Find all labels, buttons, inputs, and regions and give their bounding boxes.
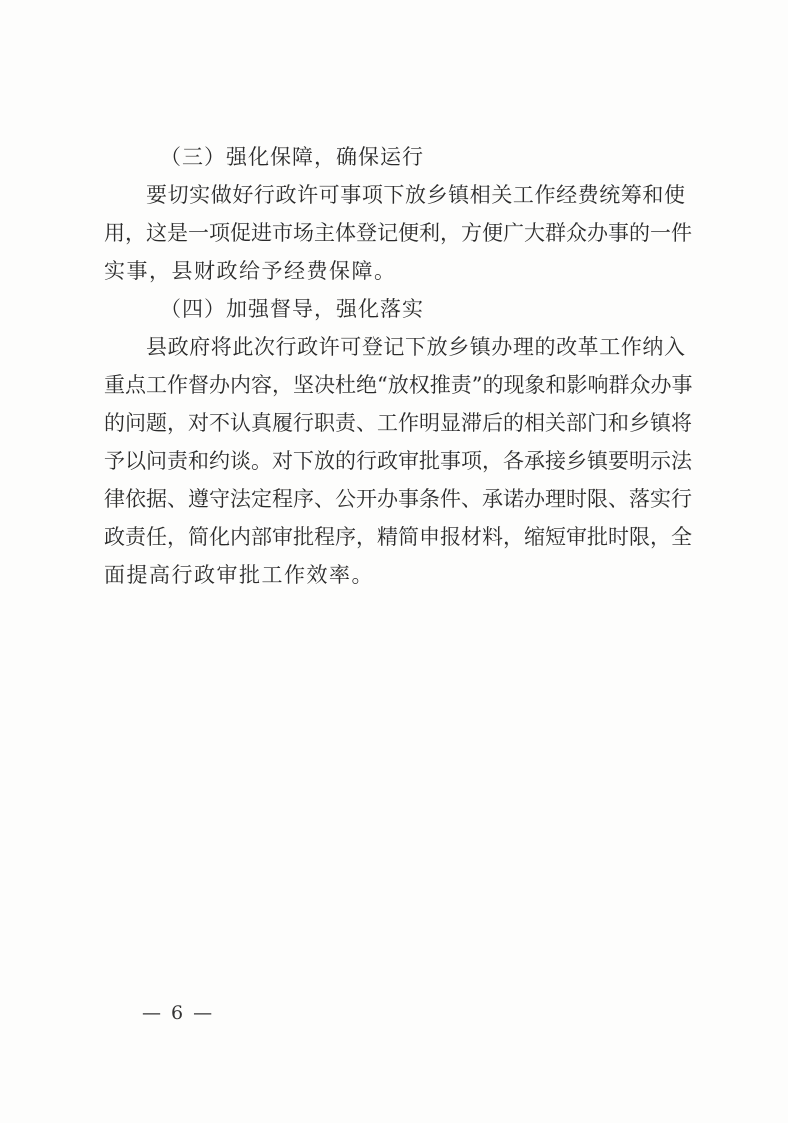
document-page: （三）强化保障，确保运行 要切实做好行政许可事项下放乡镇相关工作经费统筹和使 用…	[0, 0, 788, 1123]
paragraph-line: 重点工作督办内容，坚决杜绝“放权推责”的现象和影响群众办事	[104, 371, 685, 399]
page-number: — 6 —	[142, 1000, 214, 1026]
paragraph-line: 面提高行政审批工作效率。	[104, 561, 684, 589]
section-heading-3: （三）强化保障，确保运行	[160, 143, 740, 171]
paragraph-line: 用，这是一项促进市场主体登记便利，方便广大群众办事的一件	[104, 219, 685, 247]
paragraph-line: 县政府将此次行政许可登记下放乡镇办理的改革工作纳入	[146, 333, 685, 361]
paragraph-line: 政责任，简化内部审批程序，精简申报材料，缩短审批时限，全	[104, 523, 685, 551]
paragraph-line: 要切实做好行政许可事项下放乡镇相关工作经费统筹和使	[146, 181, 685, 209]
paragraph-line: 实事，县财政给予经费保障。	[104, 257, 684, 285]
paragraph-line: 律依据、遵守法定程序、公开办事条件、承诺办理时限、落实行	[104, 485, 685, 513]
section-heading-4: （四）加强督导，强化落实	[160, 295, 740, 323]
paragraph-line: 予以问责和约谈。对下放的行政审批事项，各承接乡镇要明示法	[104, 447, 685, 475]
paragraph-line: 的问题，对不认真履行职责、工作明显滞后的相关部门和乡镇将	[104, 409, 685, 437]
